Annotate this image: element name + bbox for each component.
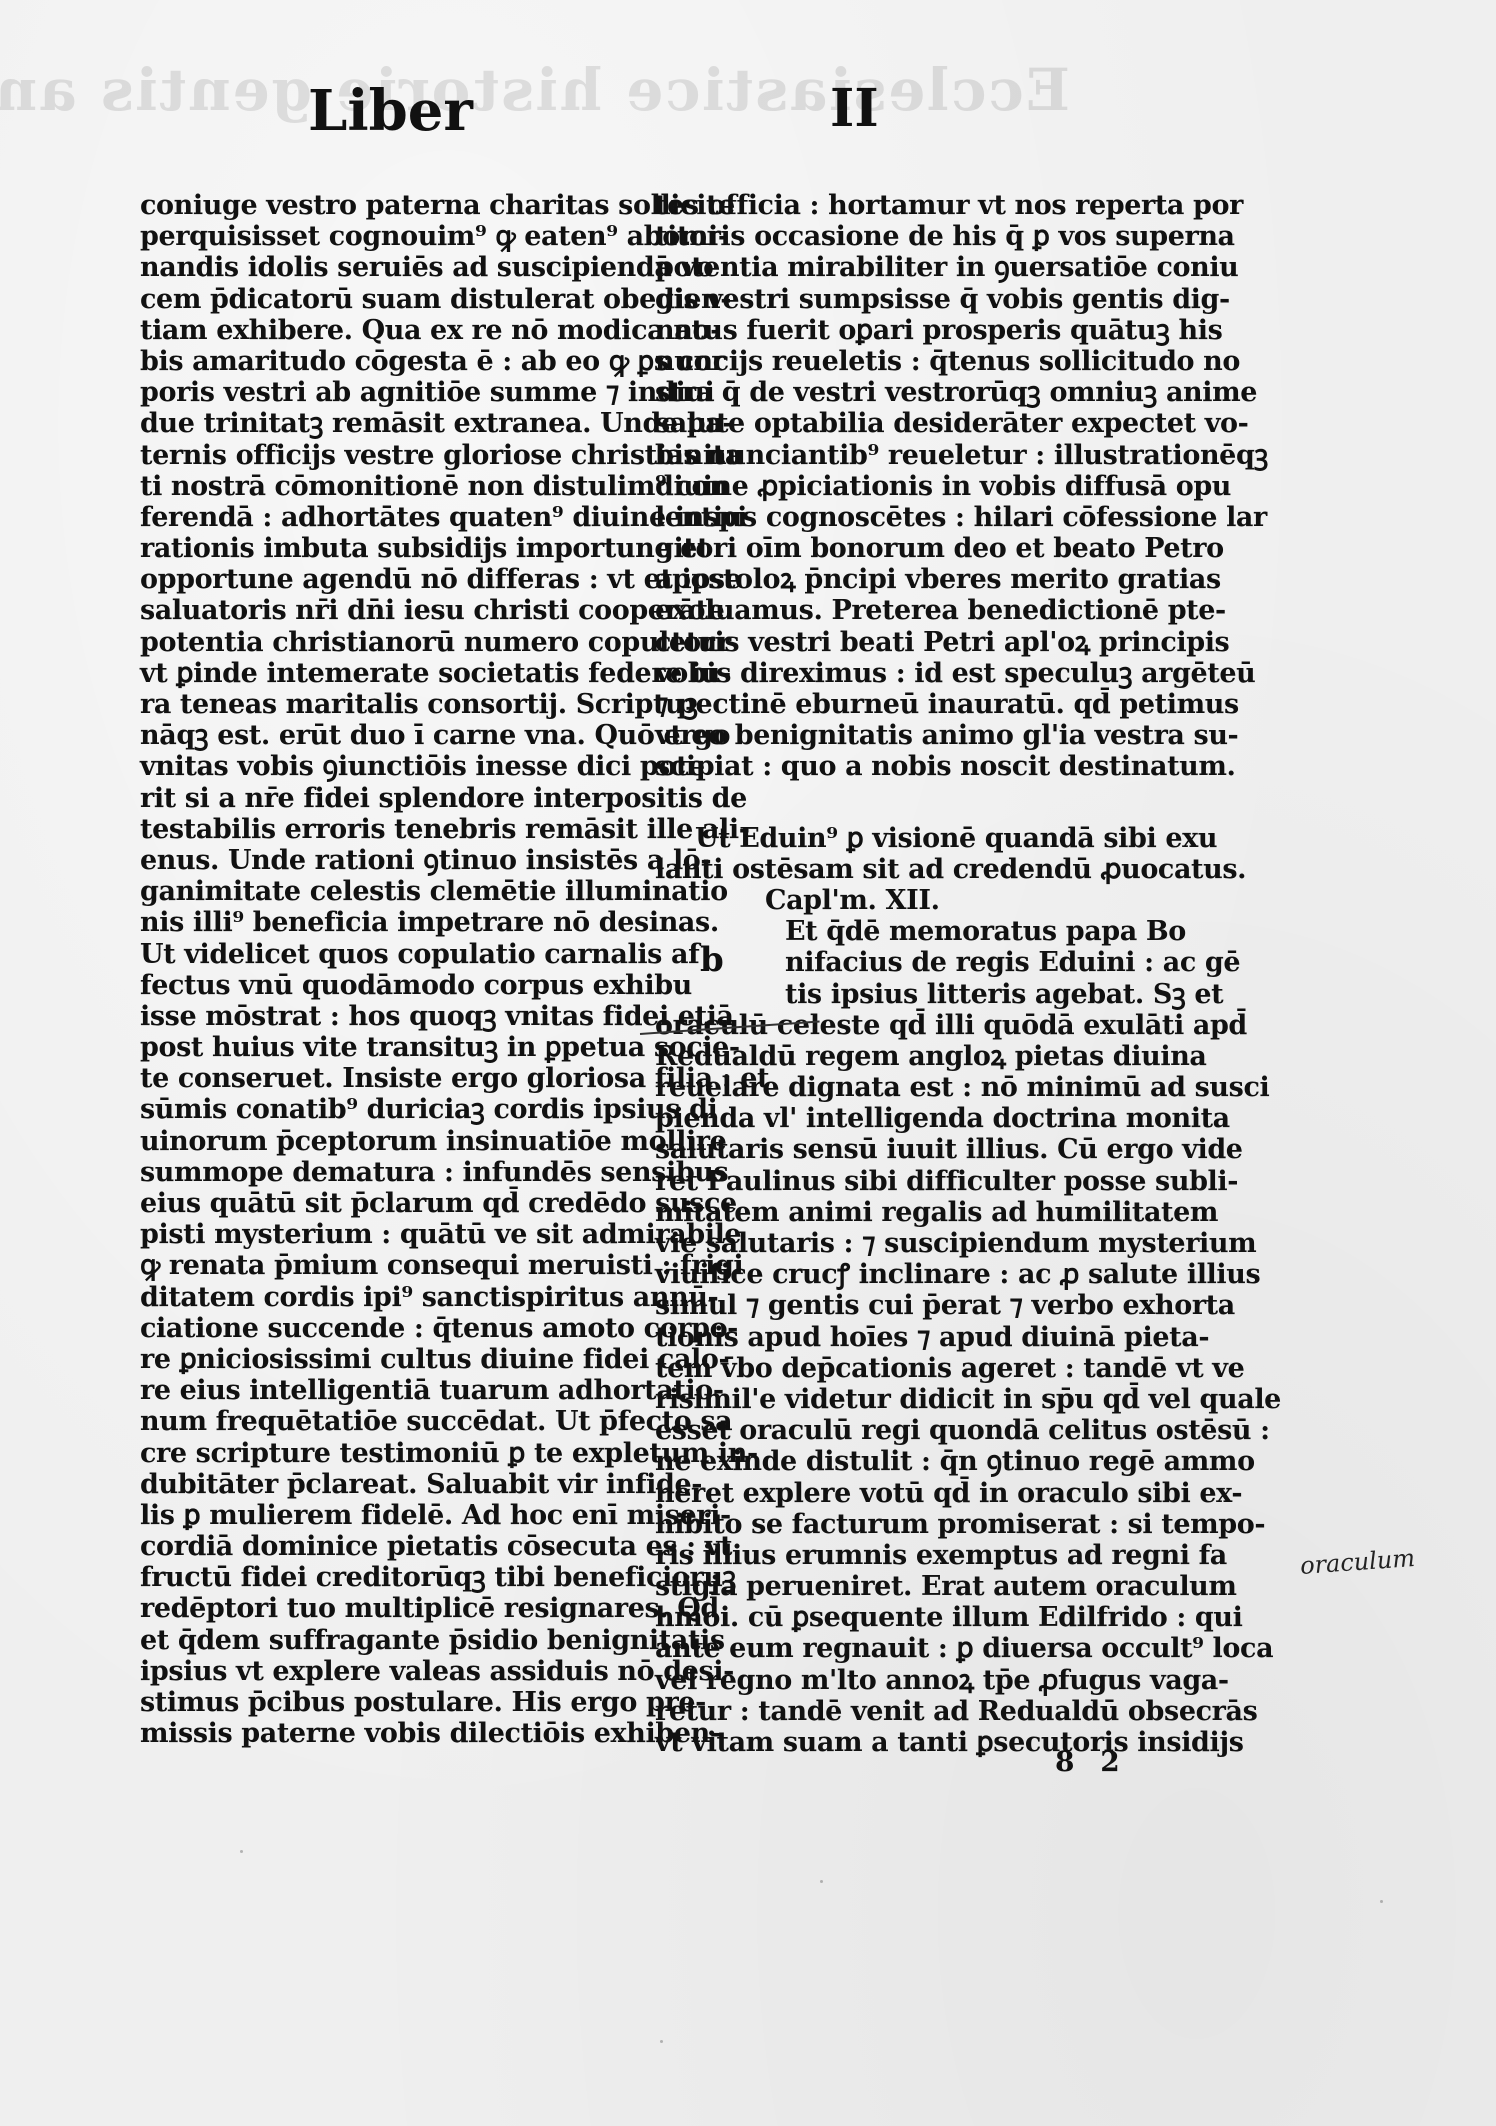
text-line: cem p̄dicatorū suam distulerat obedien- — [140, 284, 630, 315]
text-line: bis nunciantib⁹ reueletur : illustration… — [655, 440, 1160, 471]
text-line: nāqꝫ est. erūt duo ī carne vna. Quō ergo — [140, 720, 630, 751]
text-line: lentius cognoscētes : hilari cōfessione … — [655, 502, 1160, 533]
text-line: potentia mirabiliter in ꝯuersatiōe coniu — [655, 252, 1160, 283]
text-line: pisti mysterium : quātū ve sit admirabil… — [140, 1219, 630, 1250]
text-line: saluatoris nr̄i dn̄i iesu christi cooper… — [140, 595, 630, 626]
text-line: ditatem cordis ipi⁹ sanctispiritus annū- — [140, 1282, 630, 1313]
text-line: lis ꝑ mulierem fidelē. Ad hoc enī miseri… — [140, 1500, 630, 1531]
text-line: rationis imbuta subsidijs importune et — [140, 533, 630, 564]
text-line: scipiat : quo a nobis noscit destinatum. — [655, 751, 1160, 782]
text-line: num frequētatiōe succēdat. Ut p̄fecto sa — [140, 1406, 630, 1437]
text-line: coniuge vestro paterna charitas sollicit… — [140, 190, 630, 221]
left-column: coniuge vestro paterna charitas sollicit… — [140, 190, 630, 1749]
text-line: ciatione succende : q̄tenus amoto corpo- — [140, 1313, 630, 1344]
text-line: simul ⁊ gentis cui p̄erat ⁊ verbo exhort… — [655, 1290, 1160, 1321]
text-line: te conseruet. Insiste ergo gloriosa fili… — [140, 1063, 630, 1094]
text-line: sūmis conatib⁹ duriciaꝫ cordis ipsius di — [140, 1094, 630, 1125]
text-line: Redualdū regem angloꝝ pietas diuina — [655, 1041, 1160, 1072]
text-line: ipsius vt explere valeas assiduis nō des… — [140, 1656, 630, 1687]
text-line: hibito se facturum promiserat : si tempo… — [655, 1509, 1160, 1540]
text-line: nandis idolis seruiēs ad suscipiendā vo — [140, 252, 630, 283]
text-line: dubitāter p̄clareat. Saluabit vir infide… — [140, 1469, 630, 1500]
book-page: Ecclesiastice historie gentis anglorum L… — [0, 0, 1496, 2126]
text-line: ra teneas maritalis consortij. Scriptuꝫ — [140, 689, 630, 720]
text-line: tionis apud hoīes ⁊ apud diuinā pieta- — [655, 1322, 1160, 1353]
text-line: stra q̄ de vestri vestrorūqꝫ omniuꝫ anim… — [655, 377, 1160, 408]
text-line: risimil'e videtur didicit in sp̄u qd̄ ve… — [655, 1384, 1160, 1415]
initial-guide-letter: b — [700, 940, 724, 980]
chapter-heading-line-2: lanti ostēsam sit ad credendū ꝓuocatus. — [655, 854, 1160, 885]
text-line: ret Paulinus sibi difficulter posse subl… — [655, 1166, 1160, 1197]
text-line: apostoloꝝ p̄ncipi vberes merito gratias — [655, 564, 1160, 595]
text-line: retur : tandē venit ad Redualdū obsecrās — [655, 1696, 1160, 1727]
text-line: ne exinde distulit : q̄n ꝯtinuo regē amm… — [655, 1446, 1160, 1477]
text-line: hm̄oi. cū ꝑsequente illum Edilfrido : qu… — [655, 1602, 1160, 1633]
text-line: salute optabilia desiderāter expectet vo… — [655, 408, 1160, 439]
text-line: ternis officijs vestre gloriose christia… — [140, 440, 630, 471]
chapter-label: Capl'm. XII. — [655, 885, 1160, 916]
text-line: ctoris vestri beati Petri apl'oꝝ princip… — [655, 627, 1160, 658]
text-line: rit si a nr̄e fidei splendore interposit… — [140, 783, 630, 814]
text-line: diuine ꝓpiciationis in vobis diffusā opu — [655, 471, 1160, 502]
text-line-indented: nifacius de regis Eduini : ac gē — [655, 947, 1160, 978]
text-line: poris vestri ab agnitiōe summe ⁊ indiui — [140, 377, 630, 408]
text-line: Ut videlicet quos copulatio carnalis af — [140, 939, 630, 970]
text-line: eius quātū sit p̄clarum qd̄ credēdo susc… — [140, 1188, 630, 1219]
text-line: oraculū celeste qd̄ illi quōdā exulāti a… — [655, 1010, 1160, 1041]
text-line: et q̄dem suffragante p̄sidio benignitati… — [140, 1625, 630, 1656]
text-line: missis paterne vobis dilectiōis exhiben- — [140, 1718, 630, 1749]
paper-speck — [820, 1880, 823, 1883]
text-line: perquisisset cognouim⁹ ꝙ eaten⁹ abomi- — [140, 221, 630, 252]
text-line: opportune agendū nō differas : vt et ips… — [140, 564, 630, 595]
text-line: gitori oīm bonorum deo et beato Petro — [655, 533, 1160, 564]
text-line: vnitas vobis ꝯiunctiōis inesse dici pote — [140, 751, 630, 782]
text-line: esset oraculū regi quondā celitus ostēsū… — [655, 1415, 1160, 1446]
text-line: mitatem animi regalis ad humilitatem — [655, 1197, 1160, 1228]
paper-speck — [1380, 1900, 1383, 1903]
text-line: potentia christianorū numero copuletur — [140, 627, 630, 658]
show-through-text: Ecclesiastice historie gentis anglorum — [170, 60, 1070, 120]
text-line: stigia perueniret. Erat autem oraculum — [655, 1571, 1160, 1602]
text-line: reuelare dignata est : nō minimū ad susc… — [655, 1072, 1160, 1103]
text-line: summope dematura : infundēs sensibus — [140, 1157, 630, 1188]
text-line: viuifice crucꝭ inclinare : ac ꝓ salute i… — [655, 1259, 1160, 1290]
text-line: exoluamus. Preterea benedictionē pte- — [655, 595, 1160, 626]
text-line: natus fuerit oꝑari prosperis quātuꝫ his — [655, 315, 1160, 346]
handwritten-marginal-note: oraculum — [1299, 1544, 1416, 1580]
text-line: gis vestri sumpsisse q̄ vobis gentis dig… — [655, 284, 1160, 315]
text-line: stimus p̄cibus postulare. His ergo pre- — [140, 1687, 630, 1718]
text-line: re eius intelligentiā tuarum adhortatio- — [140, 1375, 630, 1406]
text-line: testabilis erroris tenebris remāsit ille… — [140, 814, 630, 845]
text-line: nuncijs reueletis : q̄tenus sollicitudo … — [655, 346, 1160, 377]
text-line: tem v̄bo dep̄cationis ageret : tandē vt … — [655, 1353, 1160, 1384]
text-line: due trinitatꝫ remāsit extranea. Unde pa- — [140, 408, 630, 439]
text-line: post huius vite transituꝫ in ꝑpetua soci… — [140, 1032, 630, 1063]
chapter-heading-line-1: Ut Eduin⁹ ꝑ visionē quandā sibi exu — [655, 823, 1160, 854]
text-line: ti nostrā cōmonitionē non distulim⁹ con — [140, 471, 630, 502]
text-line: tes officia : hortamur vt nos reperta po… — [655, 190, 1160, 221]
running-head-book-number: II — [830, 78, 879, 148]
running-head-liber: Liber — [308, 78, 473, 148]
signature-mark: 8 2 — [1055, 1745, 1128, 1778]
text-line: ganimitate celestis clemētie illuminatio — [140, 876, 630, 907]
text-line: ante eum regnauit : ꝑ diuersa occult⁹ lo… — [655, 1633, 1160, 1664]
text-line-indented: Et q̄dē memoratus papa Bo — [655, 916, 1160, 947]
text-line: enus. Unde rationi ꝯtinuo insistēs a lō- — [140, 845, 630, 876]
text-line: tiam exhibere. Qua ex re nō modica no- — [140, 315, 630, 346]
text-line: vel regno m'lto annoꝝ tp̄e ꝓfugus vaga- — [655, 1665, 1160, 1696]
text-line: ⁊ pectinē eburneū inauratū. qd̄ petimus — [655, 689, 1160, 720]
text-line-indented: tis ipsius litteris agebat. Sꝫ et — [655, 979, 1160, 1010]
text-line: isse mōstrat : hos quoqꝫ vnitas fidei et… — [140, 1001, 630, 1032]
text-line: vobis direximus : id est speculuꝫ argēte… — [655, 658, 1160, 689]
right-column: tes officia : hortamur vt nos reperta po… — [655, 190, 1160, 1758]
text-line: fectus vnū quodāmodo corpus exhibu — [140, 970, 630, 1001]
text-line: salutaris sensū iuuit illius. Cū ergo vi… — [655, 1134, 1160, 1165]
text-line: ꝙ renata p̄mium consequi meruisti : frig… — [140, 1250, 630, 1281]
text-line: ferendā : adhortātes quaten⁹ diuine insp… — [140, 502, 630, 533]
text-line: pienda vl' intelligenda doctrina monita — [655, 1103, 1160, 1134]
text-line: re ꝑniciosissimi cultus diuine fidei cal… — [140, 1344, 630, 1375]
text-line: redēptori tuo multiplicē resignares. Qd̄ — [140, 1593, 630, 1624]
text-line: cordiā dominice pietatis cōsecuta es : v… — [140, 1531, 630, 1562]
text-line: nis illi⁹ beneficia impetrare nō desinas… — [140, 907, 630, 938]
text-line: neret explere votū qd̄ in oraculo sibi e… — [655, 1478, 1160, 1509]
paper-speck — [240, 1850, 243, 1853]
text-line: vt ꝑinde intemerate societatis federe iu… — [140, 658, 630, 689]
text-line: cre scripture testimoniū ꝑ te expletum i… — [140, 1438, 630, 1469]
section-gap — [655, 783, 1160, 823]
text-line: ris illius erumnis exemptus ad regni fa — [655, 1540, 1160, 1571]
paper-speck — [660, 2040, 663, 2043]
text-line: titoris occasione de his q̄ ꝑ vos supern… — [655, 221, 1160, 252]
text-line: bis amaritudo cōgesta ē : ab eo ꝙ ꝑs cor — [140, 346, 630, 377]
text-line: vt eo benignitatis animo gl'ia vestra su… — [655, 720, 1160, 751]
text-line: vie salutaris : ⁊ suscipiendum mysterium — [655, 1228, 1160, 1259]
text-line: fructū fidei creditorūqꝫ tibi beneficior… — [140, 1562, 630, 1593]
text-line: uinorum p̄ceptorum insinuatiōe mollire — [140, 1126, 630, 1157]
